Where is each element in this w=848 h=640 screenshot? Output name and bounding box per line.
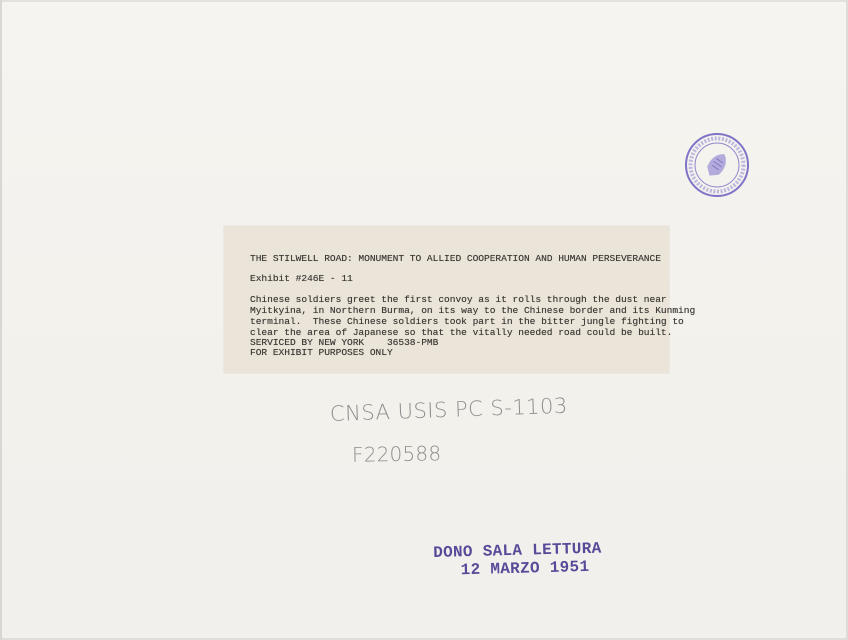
library-seal-stamp-icon xyxy=(684,132,750,198)
caption-body-line: Myitkyina, in Northern Burma, on its way… xyxy=(250,305,695,316)
photo-back-sheet: THE STILWELL ROAD: MONUMENT TO ALLIED CO… xyxy=(0,0,848,640)
caption-body-line: terminal. These Chinese soldiers took pa… xyxy=(250,316,684,327)
handwritten-inventory-id: F220588 xyxy=(352,441,442,467)
donation-date-stamp: DONO SALA LETTURA 12 MARZO 1951 xyxy=(433,540,602,580)
exhibit-number: Exhibit #246E - 11 xyxy=(250,273,353,284)
caption-body-line: Chinese soldiers greet the first convoy … xyxy=(250,294,667,305)
handwritten-archive-reference: CNSA USIS PC S-1103 xyxy=(330,394,569,426)
purpose-line: FOR EXHIBIT PURPOSES ONLY xyxy=(250,347,393,358)
caption-title: THE STILWELL ROAD: MONUMENT TO ALLIED CO… xyxy=(250,253,661,264)
caption-label: THE STILWELL ROAD: MONUMENT TO ALLIED CO… xyxy=(224,226,669,373)
